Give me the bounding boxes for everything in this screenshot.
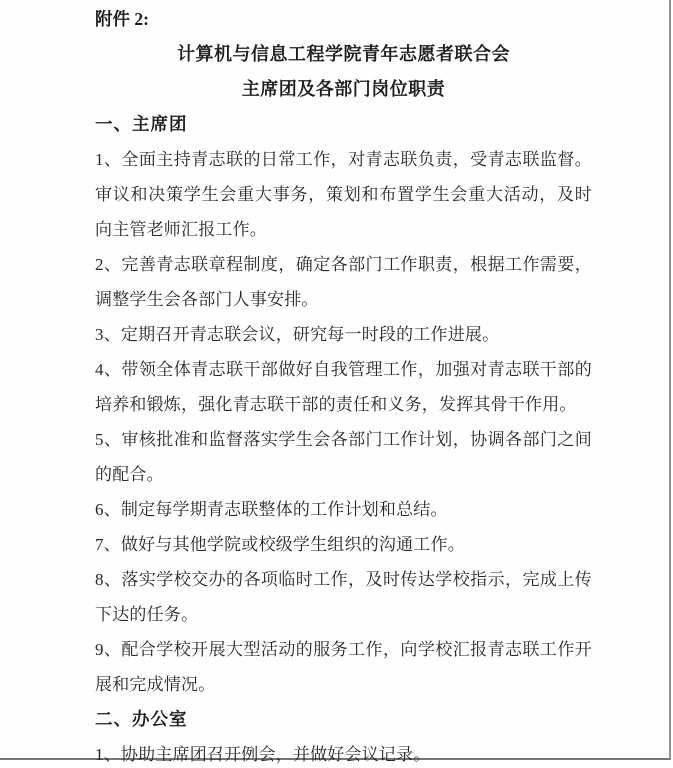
duty-item-4: 4、带领全体青志联干部做好自我管理工作，加强对青志联干部的培养和锻炼，强化青志联… <box>95 352 592 422</box>
duty-item-1: 1、全面主持青志联的日常工作，对青志联负责，受青志联监督。审议和决策学生会重大事… <box>95 142 592 247</box>
duty-item-7: 7、做好与其他学院或校级学生组织的沟通工作。 <box>95 527 592 562</box>
duty-item-9: 9、配合学校开展大型活动的服务工作，向学校汇报青志联工作开展和完成情况。 <box>95 632 592 702</box>
duty-item-6: 6、制定每学期青志联整体的工作计划和总结。 <box>95 492 592 527</box>
attachment-label: 附件 2: <box>95 2 592 37</box>
doc-subtitle: 主席团及各部门岗位职责 <box>95 72 592 107</box>
duty-item-5: 5、审核批准和监督落实学生会各部门工作计划，协调各部门之间的配合。 <box>95 422 592 492</box>
section-heading-office: 二、办公室 <box>95 702 592 737</box>
duty-item-3: 3、定期召开青志联会议，研究每一时段的工作进展。 <box>95 317 592 352</box>
document-page: 附件 2: 计算机与信息工程学院青年志愿者联合会 主席团及各部门岗位职责 一、主… <box>0 0 671 760</box>
duty-item-office-1: 1、协助主席团召开例会，并做好会议记录。 <box>95 737 592 768</box>
doc-title: 计算机与信息工程学院青年志愿者联合会 <box>95 37 592 72</box>
duty-item-8: 8、落实学校交办的各项临时工作，及时传达学校指示，完成上传下达的任务。 <box>95 562 592 632</box>
document-content: 附件 2: 计算机与信息工程学院青年志愿者联合会 主席团及各部门岗位职责 一、主… <box>95 2 592 768</box>
duty-item-2: 2、完善青志联章程制度，确定各部门工作职责，根据工作需要，调整学生会各部门人事安… <box>95 247 592 317</box>
section-heading-presidium: 一、主席团 <box>95 107 592 142</box>
